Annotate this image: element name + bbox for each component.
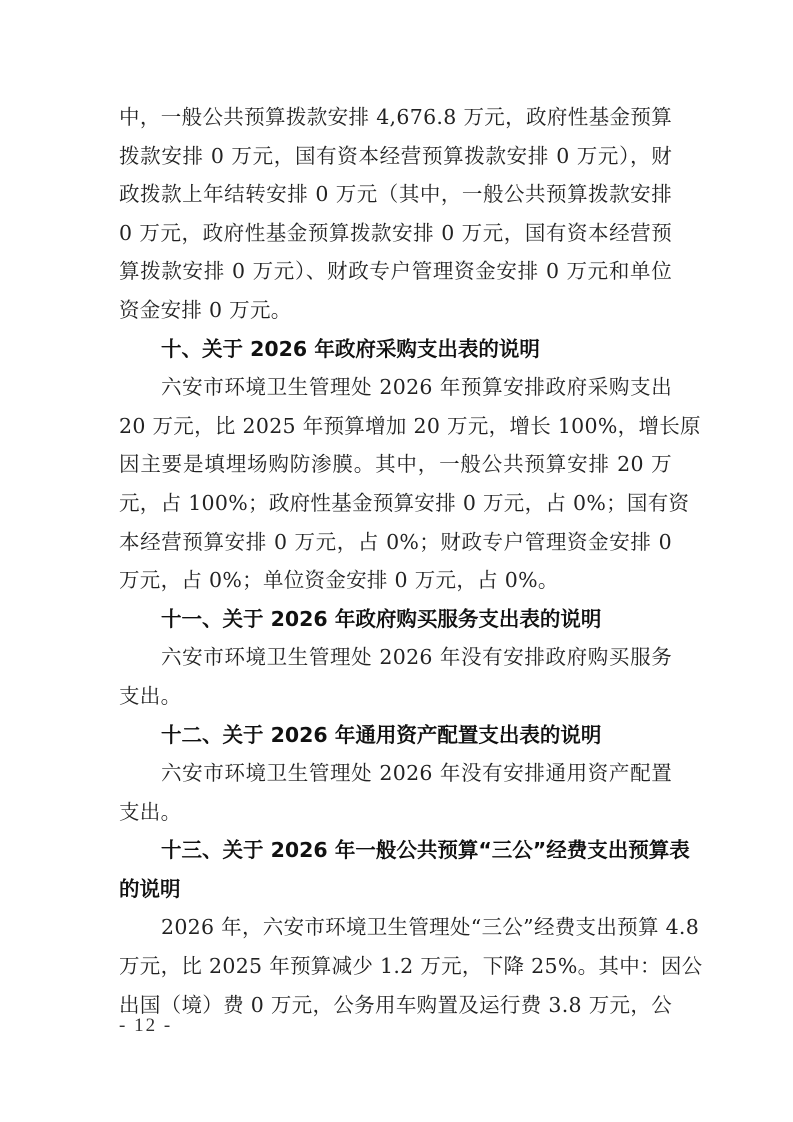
body-line: 拨款安排 0 万元，国有资本经营预算拨款安排 0 万元），财 — [119, 137, 672, 176]
body-line: 六安市环境卫生管理处 2026 年预算安排政府采购支出 — [119, 368, 672, 407]
body-line: 资金安排 0 万元。 — [119, 291, 672, 330]
body-line: 支出。 — [119, 677, 672, 716]
body-line: 政拨款上年结转安排 0 万元（其中，一般公共预算拨款安排 — [119, 175, 672, 214]
document-page: 中，一般公共预算拨款安排 4,676.8 万元，政府性基金预算 拨款安排 0 万… — [119, 98, 672, 1024]
body-line: 元，占 100%；政府性基金预算安排 0 万元，占 0%；国有资 — [119, 484, 672, 523]
section-heading-13-cont: 的说明 — [119, 870, 672, 909]
body-line: 六安市环境卫生管理处 2026 年没有安排通用资产配置 — [119, 754, 672, 793]
body-line: 2026 年，六安市环境卫生管理处“三公”经费支出预算 4.8 — [119, 908, 672, 947]
body-line: 出国（境）费 0 万元，公务用车购置及运行费 3.8 万元，公 — [119, 986, 672, 1025]
section-heading-12: 十二、关于 2026 年通用资产配置支出表的说明 — [119, 716, 672, 755]
body-line: 0 万元，政府性基金预算拨款安排 0 万元，国有资本经营预 — [119, 214, 672, 253]
section-heading-10: 十、关于 2026 年政府采购支出表的说明 — [119, 330, 672, 369]
section-heading-13: 十三、关于 2026 年一般公共预算“三公”经费支出预算表 — [119, 831, 672, 870]
body-line: 六安市环境卫生管理处 2026 年没有安排政府购买服务 — [119, 638, 672, 677]
body-line: 因主要是填埋场购防渗膜。其中，一般公共预算安排 20 万 — [119, 445, 672, 484]
body-line: 本经营预算安排 0 万元，占 0%；财政专户管理资金安排 0 — [119, 523, 672, 562]
section-heading-11: 十一、关于 2026 年政府购买服务支出表的说明 — [119, 600, 672, 639]
body-line: 20 万元，比 2025 年预算增加 20 万元，增长 100%，增长原 — [119, 407, 672, 446]
body-line: 万元，占 0%；单位资金安排 0 万元，占 0%。 — [119, 561, 672, 600]
page-number: - 12 - — [119, 1015, 172, 1037]
body-line: 算拨款安排 0 万元）、财政专户管理资金安排 0 万元和单位 — [119, 252, 672, 291]
body-line: 中，一般公共预算拨款安排 4,676.8 万元，政府性基金预算 — [119, 98, 672, 137]
body-line: 支出。 — [119, 793, 672, 832]
body-line: 万元，比 2025 年预算减少 1.2 万元，下降 25%。其中：因公 — [119, 947, 672, 986]
